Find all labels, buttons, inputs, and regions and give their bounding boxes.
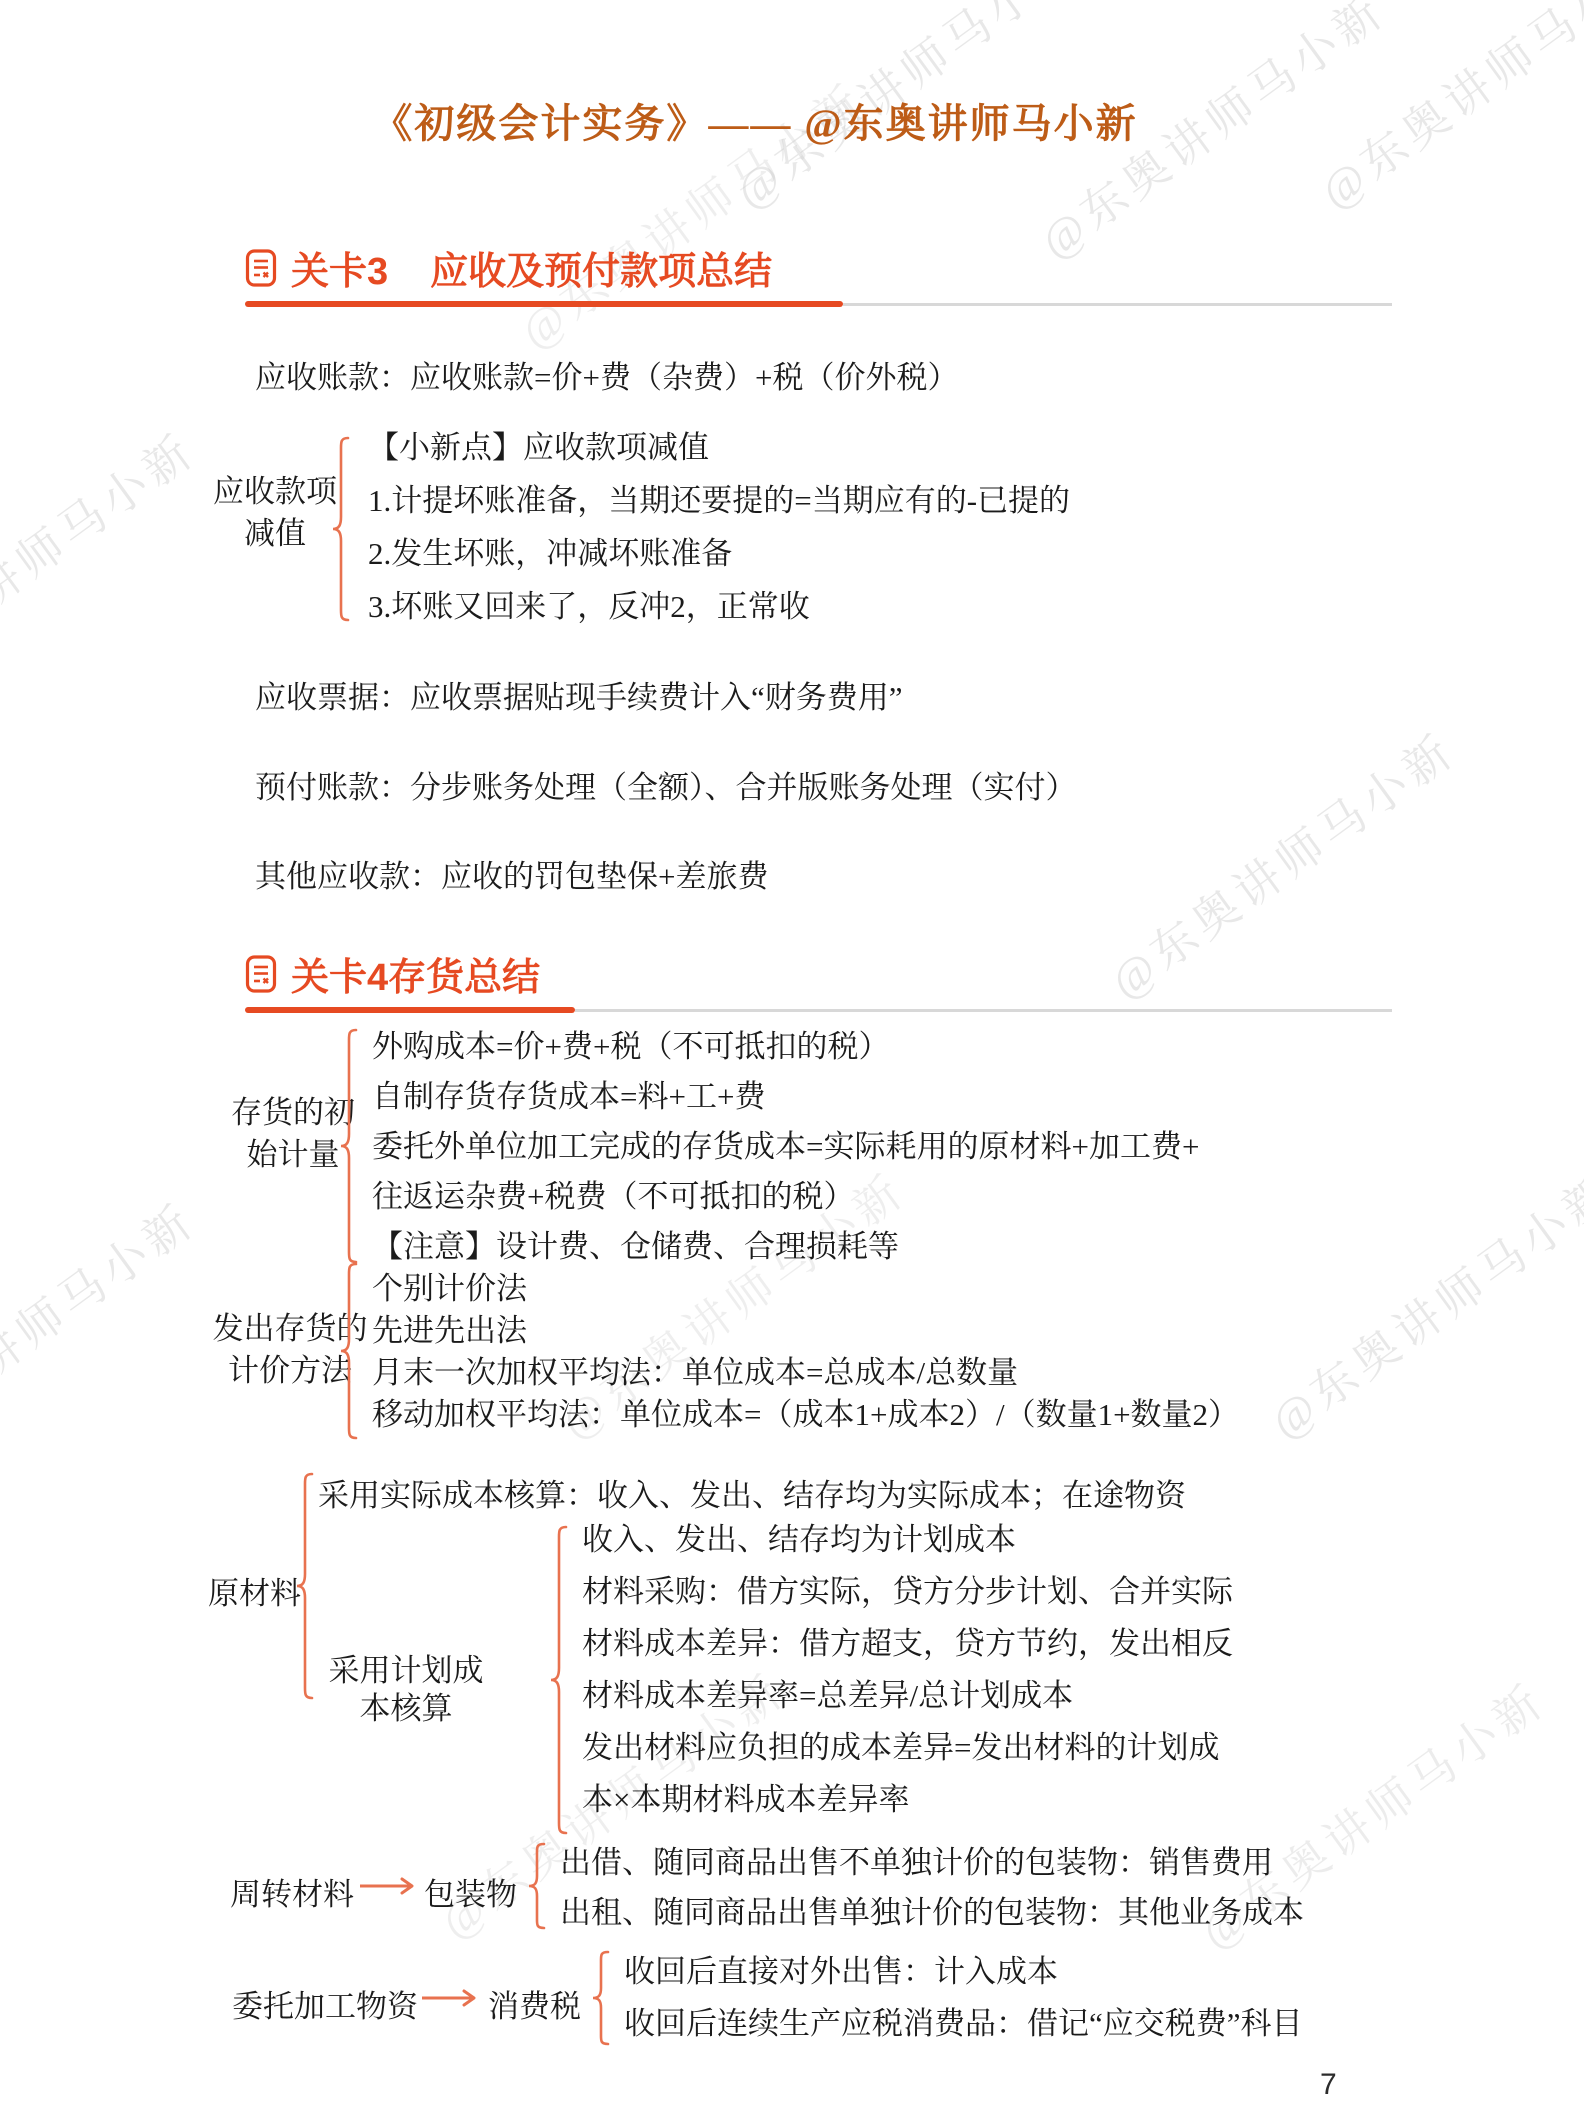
valuation-method-item: 移动加权平均法：单位成本=（成本1+成本2）/（数量1+数量2） <box>372 1394 1239 1436</box>
impairment-item: 2.发生坏账，冲减坏账准备 <box>368 527 1070 580</box>
initial-measurement-item: 往返运杂费+税费（不可抵扣的税） <box>372 1172 1199 1222</box>
planned-cost-item: 收入、发出、结存均为计划成本 <box>582 1514 1233 1566</box>
section3-title: 应收及预付款项总结 <box>430 240 772 295</box>
planned-cost-items: 收入、发出、结存均为计划成本 材料采购：借方实际，贷方分步计划、合并实际 材料成… <box>582 1514 1233 1826</box>
right-arrow-icon <box>420 1988 482 2013</box>
packaging-label: 包装物 <box>424 1869 517 1914</box>
section3-number: 关卡3 <box>291 240 388 295</box>
actual-cost-line: 采用实际成本核算：收入、发出、结存均为实际成本；在途物资 <box>318 1470 1186 1515</box>
raw-materials-outer-brace <box>296 1472 314 1705</box>
note-list-icon <box>245 247 277 289</box>
consumption-tax-item: 收回后直接对外出售：计入成本 <box>624 1946 1303 1998</box>
consumption-tax-items: 收回后直接对外出售：计入成本 收回后连续生产应税消费品：借记“应交税费”科目 <box>624 1946 1303 2050</box>
initial-measurement-item: 外购成本=价+费+税（不可抵扣的税） <box>372 1022 1199 1072</box>
page-number: 7 <box>1320 2068 1337 2102</box>
section4-title: 关卡4存货总结 <box>291 946 540 1001</box>
planned-cost-label-line1: 采用计划成 <box>322 1652 490 1690</box>
course-header: 《初级会计实务》—— @东奥讲师马小新 <box>0 92 1510 149</box>
section4-underline-accent <box>245 1007 575 1013</box>
planned-cost-brace <box>550 1525 568 1840</box>
valuation-methods-brace <box>340 1262 358 1445</box>
other-receivables-line: 其他应收款：应收的罚包垫保+差旅费 <box>255 851 768 896</box>
prepaid-accounts-line: 预付账款：分步账务处理（全额）、合并版账务处理（实付） <box>255 762 1077 807</box>
impairment-label-line1: 应收款项 <box>205 471 345 513</box>
right-arrow-icon <box>358 1876 420 1901</box>
planned-cost-item: 材料采购：借方实际，贷方分步计划、合并实际 <box>582 1566 1233 1618</box>
impairment-brace <box>332 436 350 627</box>
consigned-processing-label: 委托加工物资 <box>232 1981 418 2026</box>
packaging-brace <box>528 1842 546 1935</box>
planned-cost-item: 本×本期材料成本差异率 <box>582 1774 1233 1826</box>
section3-underline-gray <box>843 303 1392 306</box>
planned-cost-label: 采用计划成 本核算 <box>322 1652 490 1728</box>
section3-underline-accent <box>245 301 843 307</box>
consumption-tax-label: 消费税 <box>488 1981 581 2026</box>
impairment-group-label: 应收款项 减值 <box>205 471 345 555</box>
consumption-tax-brace <box>592 1950 610 2051</box>
initial-measurement-brace <box>340 1028 358 1269</box>
valuation-method-item: 月末一次加权平均法：单位成本=总成本/总数量 <box>372 1352 1239 1394</box>
impairment-label-line2: 减值 <box>205 513 345 555</box>
initial-measurement-item: 委托外单位加工完成的存货成本=实际耗用的原材料+加工费+ <box>372 1122 1199 1172</box>
impairment-items: 【小新点】应收款项减值 1.计提坏账准备，当期还要提的=当期应有的-已提的 2.… <box>368 421 1070 633</box>
consumption-tax-item: 收回后连续生产应税消费品：借记“应交税费”科目 <box>624 1998 1303 2050</box>
planned-cost-item: 材料成本差异：借方超支，贷方节约，发出相反 <box>582 1618 1233 1670</box>
notes-receivable-line: 应收票据：应收票据贴现手续费计入“财务费用” <box>255 672 903 717</box>
section4-heading: 关卡4存货总结 <box>245 946 540 1001</box>
planned-cost-item: 材料成本差异率=总差异/总计划成本 <box>582 1670 1233 1722</box>
planned-cost-item: 发出材料应负担的成本差异=发出材料的计划成 <box>582 1722 1233 1774</box>
planned-cost-label-line2: 本核算 <box>322 1690 490 1728</box>
initial-measurement-item: 【注意】设计费、仓储费、合理损耗等 <box>372 1222 1199 1272</box>
initial-measurement-item: 自制存货存货成本=料+工+费 <box>372 1072 1199 1122</box>
valuation-method-item: 先进先出法 <box>372 1310 1239 1352</box>
impairment-item: 3.坏账又回来了，反冲2，正常收 <box>368 580 1070 633</box>
impairment-item: 1.计提坏账准备，当期还要提的=当期应有的-已提的 <box>368 474 1070 527</box>
document-page: @东奥讲师马小新 @东奥讲师马小新 @东奥讲师马小新 @东奥讲师马小新 @东奥讲… <box>0 0 1584 2104</box>
section3-heading: 关卡3 应收及预付款项总结 <box>245 240 772 295</box>
packaging-item: 出借、随同商品出售不单独计价的包装物：销售费用 <box>560 1838 1304 1888</box>
receivable-accounts-line: 应收账款：应收账款=价+费（杂费）+税（价外税） <box>255 352 958 397</box>
packaging-items: 出借、随同商品出售不单独计价的包装物：销售费用 出租、随同商品出售单独计价的包装… <box>560 1838 1304 1938</box>
initial-measurement-items: 外购成本=价+费+税（不可抵扣的税） 自制存货存货成本=料+工+费 委托外单位加… <box>372 1022 1199 1272</box>
valuation-method-item: 个别计价法 <box>372 1268 1239 1310</box>
impairment-item: 【小新点】应收款项减值 <box>368 421 1070 474</box>
packaging-item: 出租、随同商品出售单独计价的包装物：其他业务成本 <box>560 1888 1304 1938</box>
note-list-icon <box>245 953 277 995</box>
revolving-materials-label: 周转材料 <box>230 1869 354 1914</box>
valuation-methods-items: 个别计价法 先进先出法 月末一次加权平均法：单位成本=总成本/总数量 移动加权平… <box>372 1268 1239 1436</box>
section4-underline-gray <box>575 1009 1392 1012</box>
raw-materials-label: 原材料 <box>208 1568 301 1613</box>
